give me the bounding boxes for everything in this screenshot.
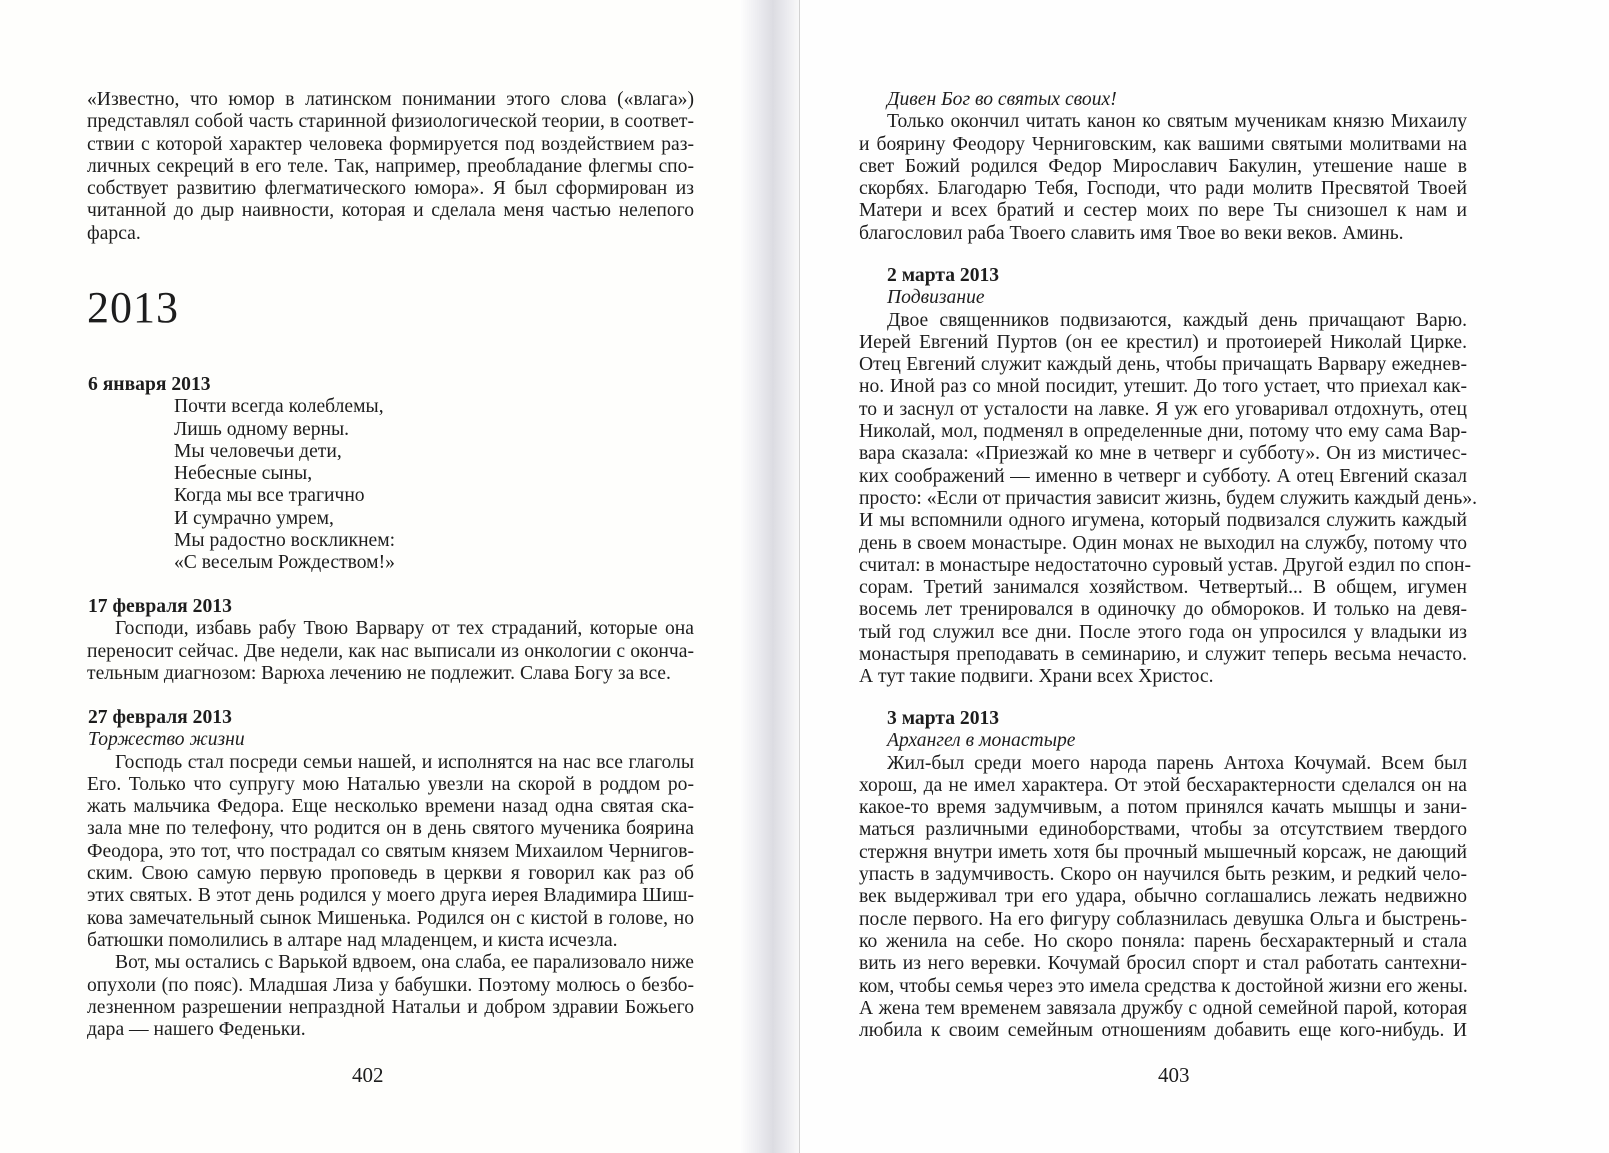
poem-line: Мы радостно воскликнем: — [174, 530, 694, 552]
text-line: стержня внутри иметь хотя бы прочный мыш… — [859, 842, 1467, 864]
text-line: упасть в задумчивость. Скоро он научился… — [859, 864, 1467, 886]
book-gutter — [740, 0, 800, 1153]
poem-line: Почти всегда колеблемы, — [174, 396, 694, 418]
poem-line: Лишь одному верны. — [174, 419, 694, 441]
text-line: какое-то время задумчивым, а потом приня… — [859, 797, 1467, 819]
text-line: Николай, мол, подменял в определенные дн… — [859, 421, 1467, 443]
continued-entry: Дивен Бог во святых своих! Только окончи… — [859, 89, 1467, 245]
text-line: Матери и всех братий и сестер моих по ве… — [859, 200, 1467, 222]
text-line: этих святых. В этот день родился у моего… — [87, 885, 694, 907]
text-line: батюшки помолились в алтаре над младенце… — [87, 930, 694, 952]
text-line: дара — нашего Феденьки. — [87, 1019, 694, 1041]
text-line: жать мальчика Федора. Еще несколько врем… — [87, 796, 694, 818]
text-line: день в своем монастыре. Один монах не вы… — [859, 533, 1467, 555]
text-line: восемь лет тренировался в одиночку до об… — [859, 599, 1467, 621]
text-line: представлял собой часть старинной физиол… — [87, 111, 694, 133]
text-line: любила к своим семейным отношениям добав… — [859, 1020, 1467, 1042]
text-line: фарса. — [87, 223, 694, 245]
text-line: но. Иной раз со мной посидит, утешит. До… — [859, 376, 1467, 398]
text-line: собствует развитию флегматического юмора… — [87, 178, 694, 200]
text-line: после первого. На его фигуру соблазнилас… — [859, 909, 1467, 931]
entry-27-feb: 27 февраля 2013 Торжество жизни Господь … — [87, 707, 694, 1041]
text-line: Жил-был среди моего народа парень Антоха… — [859, 753, 1467, 775]
text-line: хорош, да не имел характера. От этой бес… — [859, 775, 1467, 797]
text-line: «Известно, что юмор в латинском понимани… — [87, 89, 694, 111]
text-line: вара сказала: «Приезжай ко мне в четверг… — [859, 443, 1467, 465]
text-line: Иерей Евгений Пуртов (он ее крестил) и п… — [859, 332, 1467, 354]
text-line: ским. Свою самую первую проповедь в церк… — [87, 863, 694, 885]
poem-line: Мы человечьи дети, — [174, 441, 694, 463]
text-line: ком, чтобы семья через это имела средств… — [859, 976, 1467, 998]
text-line: и боярину Феодору Черниговским, как ваши… — [859, 134, 1467, 156]
text-line: И мы вспомнили одного игумена, который п… — [859, 510, 1467, 532]
text-line: А жена тем временем завязала дружбу с од… — [859, 998, 1467, 1020]
text-line: свет Божий родился Федор Мирославич Баку… — [859, 156, 1467, 178]
poem-line: И сумрачно умрем, — [174, 508, 694, 530]
text-line: Вот, мы остались с Варькой вдвоем, она с… — [87, 952, 694, 974]
text-line: ствии с которой характер человека формир… — [87, 134, 694, 156]
entry-6-jan: 6 января 2013 Почти всегда колеблемы, Ли… — [87, 374, 694, 575]
entry-subtitle: Торжество жизни — [87, 729, 694, 751]
entry-date: 27 февраля 2013 — [87, 707, 694, 729]
text-line: читанной до дыр наивности, которая и сде… — [87, 200, 694, 222]
text-line: благословил раба Твоего славить имя Твое… — [859, 223, 1467, 245]
entry-date: 6 января 2013 — [87, 374, 694, 396]
text-line: лезненном разрешении непраздной Натальи … — [87, 997, 694, 1019]
text-line: кова замечательный сынок Мишенька. Родил… — [87, 908, 694, 930]
text-line: опухоли (по пояс). Младшая Лиза у бабушк… — [87, 975, 694, 997]
text-line: ко женила на себе. Но скоро поняла: паре… — [859, 931, 1467, 953]
text-line: то и заснул от усталости на лавке. Я уж … — [859, 399, 1467, 421]
poem-line: Когда мы все трагично — [174, 485, 694, 507]
entry-17-feb: 17 февраля 2013 Господи, избавь рабу Тво… — [87, 596, 694, 685]
text-line: вить из него веревки. Кочумай бросил спо… — [859, 953, 1467, 975]
year-heading: 2013 — [87, 283, 179, 333]
text-line: А тут такие подвиги. Храни всех Христос. — [859, 666, 1467, 688]
text-line: маться различными единоборствами, чтобы … — [859, 819, 1467, 841]
text-line: тельным диагнозом: Варюха лечению не под… — [87, 663, 694, 685]
text-line: Господи, избавь рабу Твою Варвару от тех… — [87, 618, 694, 640]
text-line: считал: в монастыре недостаточно суровый… — [859, 555, 1467, 577]
text-line: просто: «Если от причастия зависит жизнь… — [859, 488, 1467, 510]
text-line: Отец Евгений служит каждый день, чтобы п… — [859, 354, 1467, 376]
text-line: сорам. Третий занимался хозяйством. Четв… — [859, 577, 1467, 599]
text-line: скорбях. Благодарю Тебя, Господи, что ра… — [859, 178, 1467, 200]
text-line: век выдерживал три его удара, обычно сог… — [859, 886, 1467, 908]
intro-paragraph: «Известно, что юмор в латинском понимани… — [87, 89, 694, 245]
text-line: Его. Только что супругу мою Наталью увез… — [87, 774, 694, 796]
poem-line: Небесные сыны, — [174, 463, 694, 485]
entry-date: 3 марта 2013 — [859, 708, 1467, 730]
poem: Почти всегда колеблемы, Лишь одному верн… — [87, 396, 694, 574]
poem-line: «С веселым Рождеством!» — [174, 552, 694, 574]
text-line: Господь стал посреди семьи нашей, и испо… — [87, 752, 694, 774]
entry-2-mar: 2 марта 2013 Подвизание Двое священников… — [859, 265, 1467, 689]
text-line: зала мне по телефону, что родится он в д… — [87, 818, 694, 840]
entry-subtitle: Архангел в монастыре — [859, 730, 1467, 752]
right-page: Дивен Бог во святых своих! Только окончи… — [800, 0, 1609, 1153]
text-line: монастыря преподавать в семинарию, и слу… — [859, 644, 1467, 666]
page-number: 402 — [352, 1063, 384, 1088]
text-line: личных секреций в его теле. Так, наприме… — [87, 156, 694, 178]
entry-date: 2 марта 2013 — [859, 265, 1467, 287]
text-line: Феодора, это тот, что пострадал со святы… — [87, 841, 694, 863]
text-line: Только окончил читать канон ко святым му… — [859, 111, 1467, 133]
text-line: ких соображений — именно в четверг и суб… — [859, 466, 1467, 488]
entry-3-mar: 3 марта 2013 Архангел в монастыре Жил-бы… — [859, 708, 1467, 1042]
entry-subtitle: Дивен Бог во святых своих! — [859, 89, 1467, 111]
text-line: тый год служил все дни. После этого года… — [859, 622, 1467, 644]
left-page: «Известно, что юмор в латинском понимани… — [0, 0, 760, 1153]
entry-date: 17 февраля 2013 — [87, 596, 694, 618]
entry-subtitle: Подвизание — [859, 287, 1467, 309]
page-number: 403 — [1158, 1063, 1190, 1088]
text-line: переносит сейчас. Две недели, как нас вы… — [87, 641, 694, 663]
text-line: Двое священников подвизаются, каждый ден… — [859, 310, 1467, 332]
